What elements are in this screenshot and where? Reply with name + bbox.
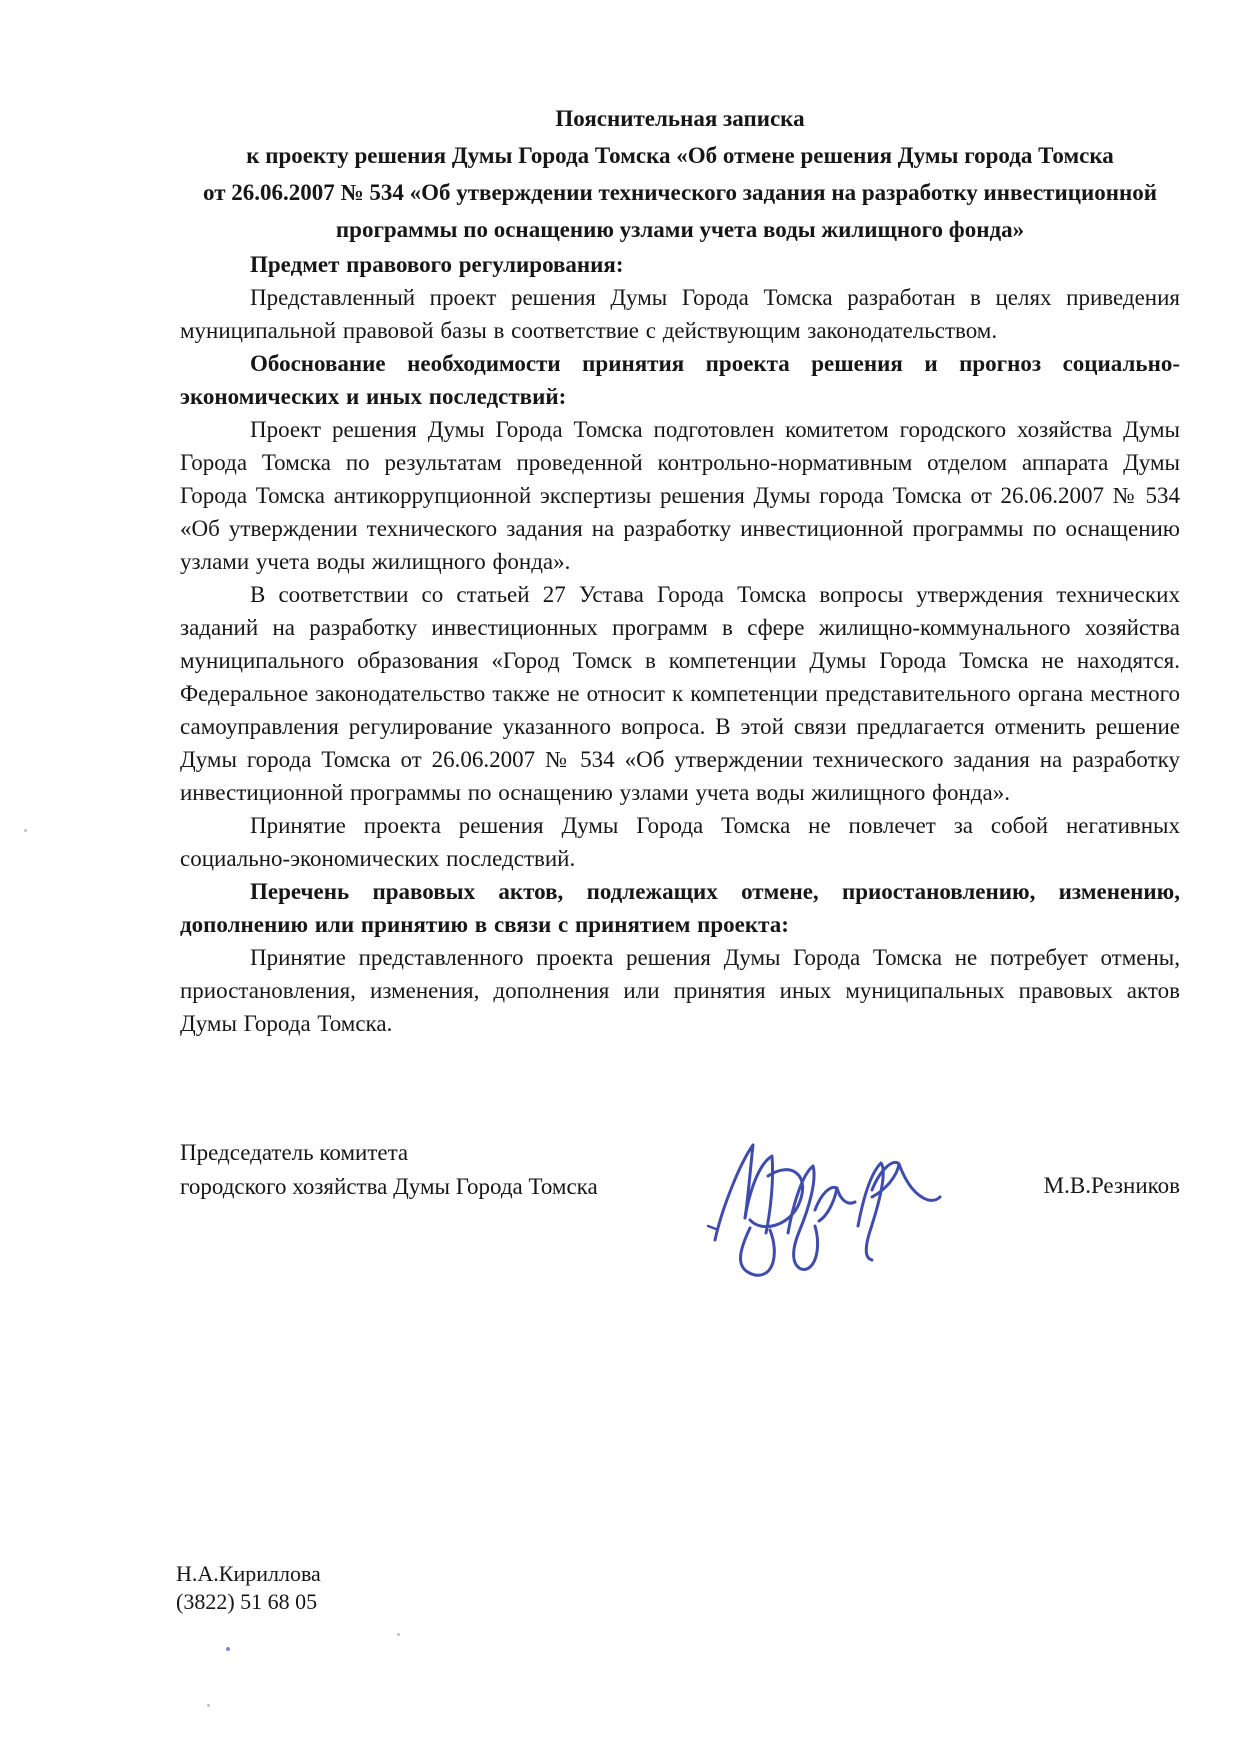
section-heading-justification: Обоснование необходимости принятия проек… bbox=[180, 347, 1180, 413]
document-title-line-4: программы по оснащению узлами учета воды… bbox=[180, 211, 1180, 248]
paragraph-acts-list: Принятие представленного проекта решения… bbox=[180, 941, 1180, 1040]
signer-position: Председатель комитета городского хозяйст… bbox=[180, 1136, 1180, 1204]
handwritten-signature bbox=[700, 1138, 940, 1280]
scan-artifact-speck bbox=[207, 1704, 210, 1707]
signer-position-line-2: городского хозяйства Думы Города Томска bbox=[180, 1170, 1180, 1204]
section-heading-subject: Предмет правового регулирования: bbox=[180, 248, 1180, 281]
contact-phone: (3822) 51 68 05 bbox=[176, 1588, 321, 1616]
section-heading-acts-list: Перечень правовых актов, подлежащих отме… bbox=[180, 875, 1180, 941]
signature-block: Председатель комитета городского хозяйст… bbox=[180, 1136, 1180, 1261]
paragraph-justification-2: В соответствии со статьей 27 Устава Горо… bbox=[180, 578, 1180, 809]
document-title-line-3: от 26.06.2007 № 534 «Об утверждении техн… bbox=[180, 174, 1180, 211]
paragraph-justification-3: Принятие проекта решения Думы Города Том… bbox=[180, 809, 1180, 875]
scan-artifact-speck bbox=[397, 1633, 400, 1636]
document-title-line-2: к проекту решения Думы Города Томска «Об… bbox=[180, 137, 1180, 174]
document-content: Пояснительная записка к проекту решения … bbox=[180, 100, 1180, 1261]
paragraph-subject: Представленный проект решения Думы Город… bbox=[180, 281, 1180, 347]
signer-position-line-1: Председатель комитета bbox=[180, 1136, 1180, 1170]
signer-name: М.В.Резников bbox=[1044, 1169, 1180, 1203]
scan-artifact-speck bbox=[226, 1647, 230, 1651]
paragraph-justification-1: Проект решения Думы Города Томска подгот… bbox=[180, 413, 1180, 578]
document-page: Пояснительная записка к проекту решения … bbox=[0, 0, 1240, 1753]
contact-block: Н.А.Кириллова (3822) 51 68 05 bbox=[176, 1560, 321, 1616]
scan-artifact-speck bbox=[24, 829, 27, 832]
contact-name: Н.А.Кириллова bbox=[176, 1560, 321, 1588]
document-title-line-1: Пояснительная записка bbox=[180, 100, 1180, 137]
